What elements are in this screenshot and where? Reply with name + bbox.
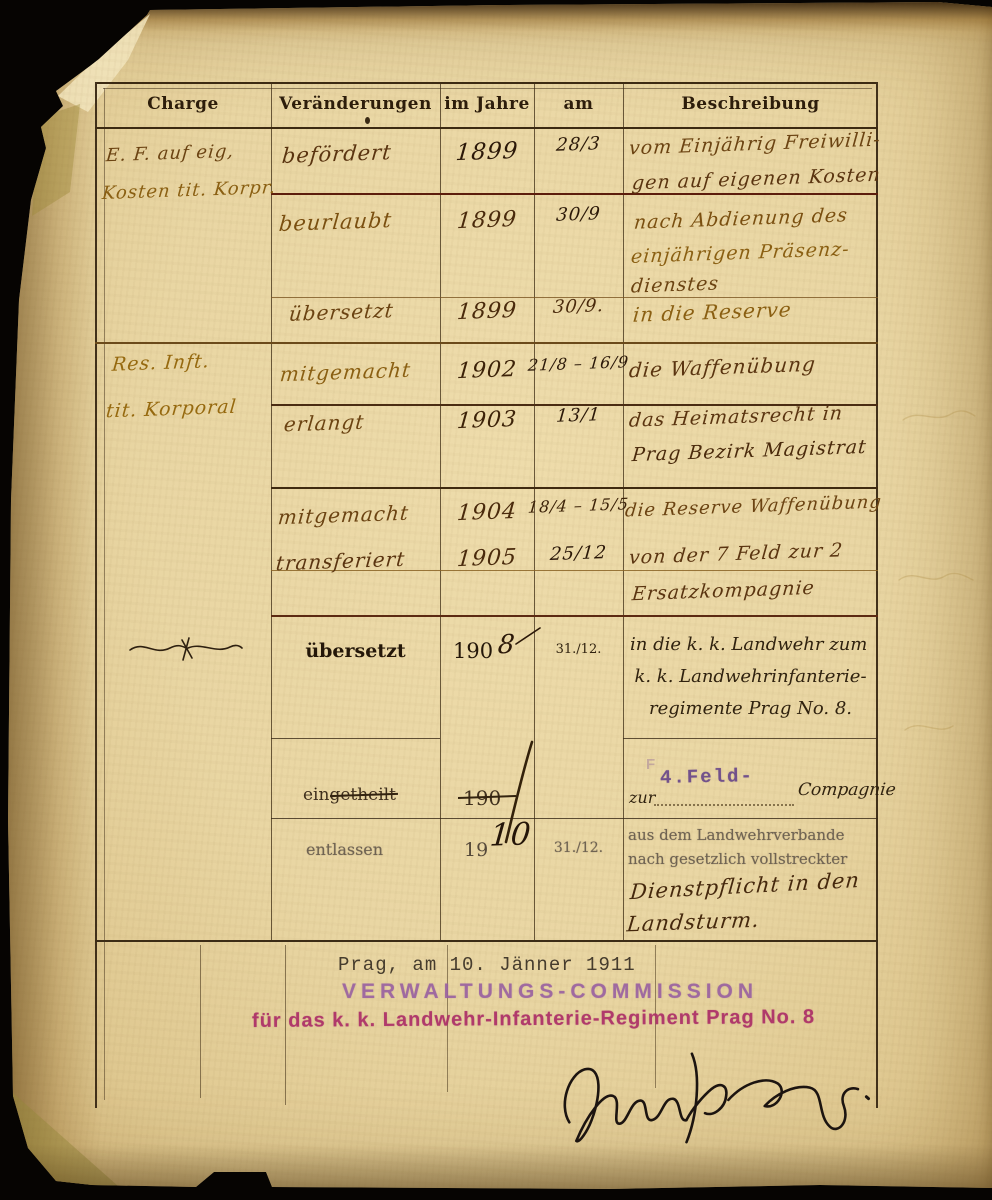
bottom-left-stain xyxy=(0,1040,200,1200)
regiment-stamp: für das k. k. Landwehr-Infanterie-Regime… xyxy=(252,1006,815,1033)
row-rule-3 xyxy=(95,342,878,344)
row-rule-9 xyxy=(271,818,878,819)
ink-speck xyxy=(22,1158,32,1174)
col-header-veraenderungen: Veränderungen xyxy=(271,94,440,114)
row-9-compagnie: Compagnie xyxy=(797,780,897,800)
row-3-change: übersetzt xyxy=(288,298,395,326)
edge-stain xyxy=(0,0,200,260)
row-10-desc-print-2: nach gesetzlich vollstreckter xyxy=(628,850,847,868)
row-rule-7 xyxy=(271,615,878,617)
col-header-im-jahre: im Jahre xyxy=(440,94,534,114)
crease-line-1 xyxy=(200,945,201,1098)
table-right-border xyxy=(876,82,878,1108)
row-2-am: 30/9 xyxy=(533,202,624,226)
row-7-year: 1905 xyxy=(439,544,535,572)
signature xyxy=(549,1029,904,1157)
col-sep-1 xyxy=(271,82,272,940)
table-top-border xyxy=(95,82,878,84)
commission-stamp: VERWALTUNGS-COMMISSION xyxy=(342,980,758,1004)
feld-stamp: 4.Feld- xyxy=(660,765,754,789)
row-4-change: mitgemacht xyxy=(279,358,412,387)
row-1-change: befördert xyxy=(281,140,393,168)
row-10-am: 31./12. xyxy=(534,840,623,856)
row-2-desc-3: dienstes xyxy=(630,272,720,297)
row-rule-5 xyxy=(271,487,878,489)
table-left-inner xyxy=(104,88,105,1100)
burnt-edge xyxy=(130,0,992,44)
charge-group2-line2: tit. Korporal xyxy=(105,396,238,423)
ink-bleed xyxy=(895,400,985,800)
row-8-desc-1: in die k. k. Landwehr zum xyxy=(630,634,867,655)
row-8-desc-3: regimente Prag No. 8. xyxy=(623,698,878,719)
charge-group2-line1: Res. Inft. xyxy=(111,350,211,375)
row-rule-1 xyxy=(271,193,878,195)
col-header-beschreibung: Beschreibung xyxy=(623,94,878,114)
table-left-border xyxy=(95,82,97,1108)
row-8-am: 31./12. xyxy=(534,642,623,657)
row-10-desc-print-1: aus dem Landwehrverbande xyxy=(628,826,844,844)
ditto-mark xyxy=(126,636,246,662)
header-rule xyxy=(95,127,878,129)
row-8-desc-2: k. k. Landwehrinfanterie- xyxy=(623,666,878,687)
dotted-line xyxy=(654,792,794,806)
row-4-year: 1902 xyxy=(439,356,535,384)
row-5-change: erlangt xyxy=(283,410,365,437)
ink-dot xyxy=(365,117,370,124)
row-3-am: 30/9. xyxy=(533,294,624,318)
row-5-am: 13/1 xyxy=(533,403,624,427)
row-1-am: 28/3 xyxy=(533,132,624,156)
row-6-year: 1904 xyxy=(439,498,535,526)
row-rule-8a xyxy=(271,738,440,739)
row-7-change: transferiert xyxy=(275,547,406,576)
row-2-change: beurlaubt xyxy=(278,208,393,236)
row-6-change: mitgemacht xyxy=(277,501,410,530)
table-top-inner xyxy=(103,88,872,89)
row-5-year: 1903 xyxy=(439,406,535,434)
row-10-change: entlassen xyxy=(306,840,383,859)
row-9-zur: zur xyxy=(629,788,655,807)
row-4-am: 21/8 – 16/9 xyxy=(527,352,629,375)
table-bottom-rule xyxy=(95,940,878,942)
row-8-year-printed: 190 xyxy=(453,639,493,663)
row-10-year-printed: 19 xyxy=(464,839,488,861)
torn-edge-shade xyxy=(0,0,130,1200)
row-10-desc-hand-2: Landsturm. xyxy=(626,908,761,937)
stamp-fragment: F xyxy=(646,756,655,773)
row-6-am: 18/4 – 15/5 xyxy=(527,494,629,517)
row-3-year: 1899 xyxy=(439,297,535,325)
typed-date-line: Prag, am 10. Jänner 1911 xyxy=(338,954,636,976)
row-10-year-hand: 10 xyxy=(488,816,533,854)
row-rule-8b xyxy=(623,738,878,739)
row-1-year: 1899 xyxy=(439,137,535,166)
row-8-change: übersetzt xyxy=(271,640,440,662)
row-7-am: 25/12 xyxy=(533,541,624,565)
col-header-am: am xyxy=(534,94,623,114)
document-page: Charge Veränderungen im Jahre am Beschre… xyxy=(0,0,992,1200)
bottom-shadow xyxy=(0,1144,992,1200)
row-2-year: 1899 xyxy=(439,206,535,234)
col-header-charge: Charge xyxy=(95,94,271,114)
